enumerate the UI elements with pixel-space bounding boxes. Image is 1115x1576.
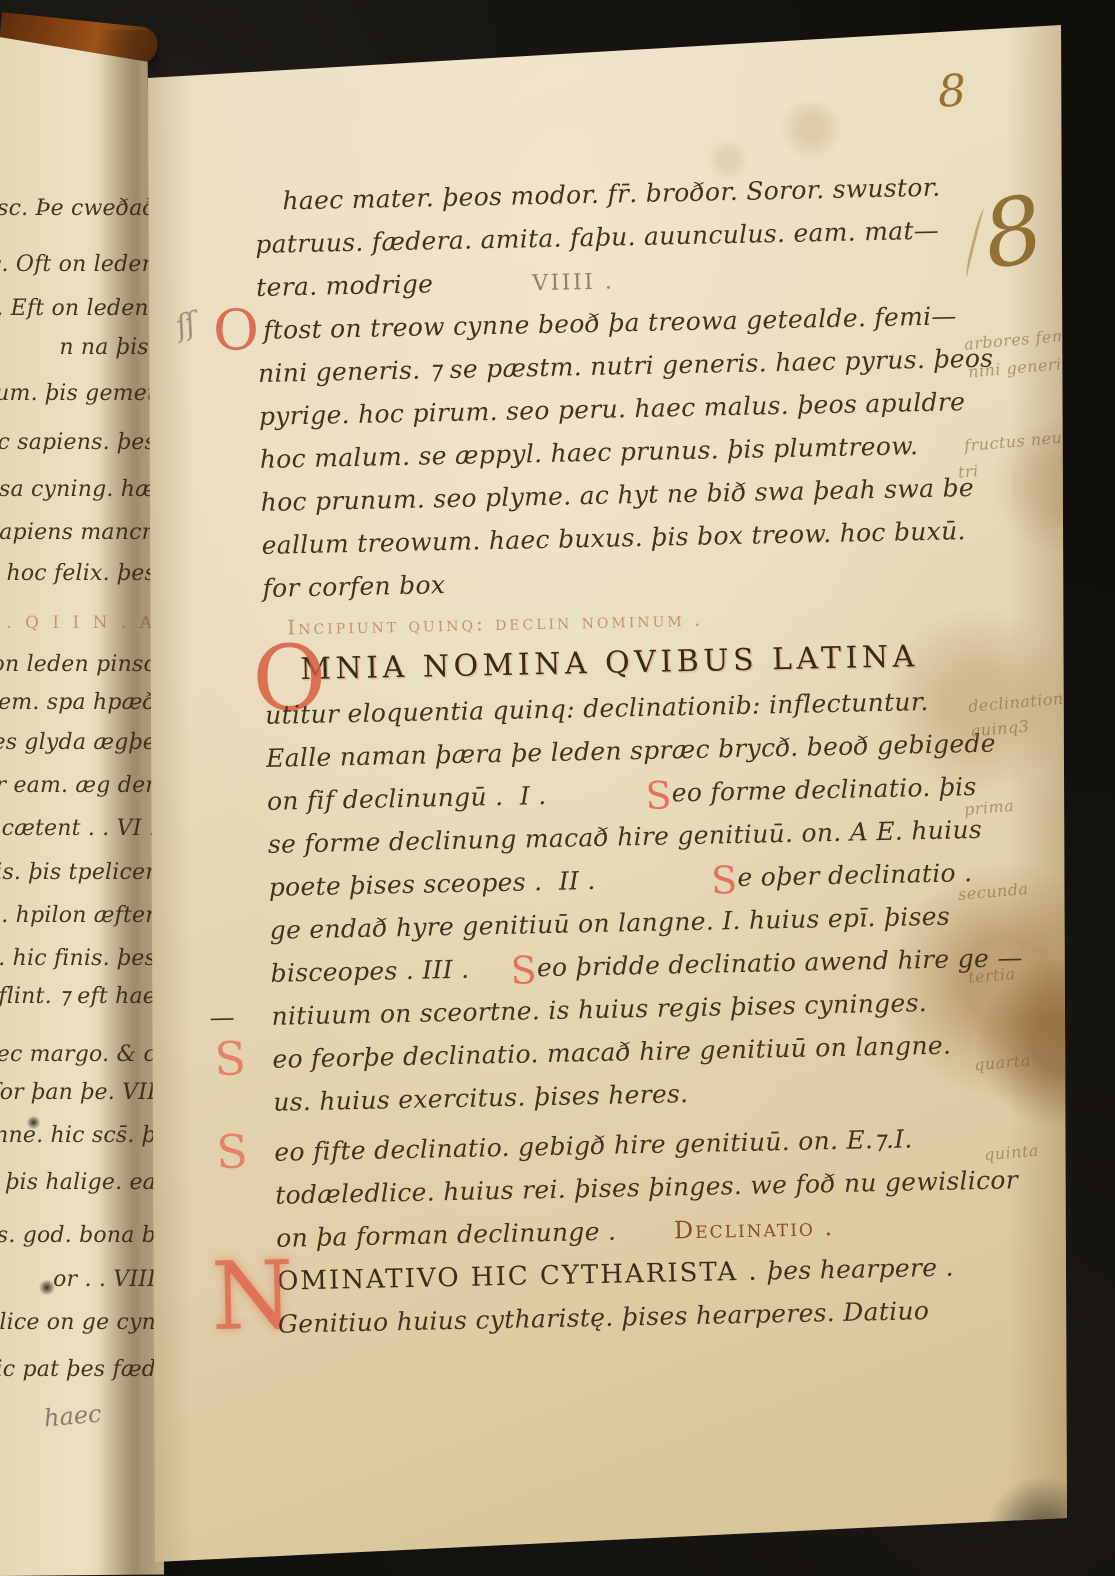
line-text: hoc malum. se æppyl. haec prunus. þis pl… [260, 431, 919, 474]
red-initial: S [645, 773, 672, 818]
ink-blot [38, 1280, 56, 1295]
ornate-numeral: 8 [977, 184, 1050, 283]
line-text: eallum treowum. haec buxus. þis box treo… [261, 516, 966, 560]
line-text: tera. modrige [256, 267, 533, 302]
margin-squiggle: ſſ [172, 306, 198, 344]
line-text: patruus. fædera. amita. faþu. auunculus.… [255, 216, 939, 259]
line-text: on þa forman declinunge . [276, 1215, 674, 1252]
ink-blot [26, 1116, 41, 1129]
margin-note: quinta [983, 1141, 1039, 1165]
line-text: eo forme declinatio. þis [671, 772, 976, 807]
line-text: eo feorþe declinatio. macað hire genitiu… [272, 1031, 951, 1074]
line-text: on fif declinungū . I . [267, 779, 646, 816]
line-text: þes hearpere . [758, 1253, 954, 1286]
margin-note: quinq3 [969, 716, 1030, 740]
rubric-text: Incipiunt quinq: declin nominum . [287, 607, 703, 640]
folio-number: 8 [937, 65, 968, 117]
red-initial: S [711, 858, 738, 903]
margin-note: fructus neu [963, 428, 1063, 456]
capitals-text: OMINATIVO HIC CYTHARISTA . [277, 1257, 759, 1297]
line-text: ge endað hyre genitiuū on langne. I. hui… [269, 902, 950, 945]
roman-numeral: VIIII . [532, 269, 615, 296]
line-text: eo fifte declinatio. gebigð hire genitiu… [274, 1124, 913, 1166]
red-initial: S [214, 1036, 247, 1081]
line-text: utitur eloquentia quinq: declinationib: … [265, 687, 929, 730]
line-text: nitiuum on sceortne. is huius regis þise… [271, 988, 927, 1031]
manuscript-page: 8 8 ſſ haec mater. þeos modor. fr̄. broð… [146, 20, 1070, 1570]
line-text: for corfen box [262, 570, 445, 603]
line-text: haec mater. þeos modor. fr̄. broðor. Sor… [282, 173, 941, 216]
margin-note: prima [963, 796, 1015, 819]
line-text: eo þridde declinatio awend hire ge — [537, 943, 1023, 982]
pencil-note: haec [43, 1400, 103, 1433]
red-initial: S [216, 1129, 249, 1174]
line-text: e oþer declinatio . [737, 858, 973, 892]
main-text-block: haec mater. þeos modor. fr̄. broðor. Sor… [254, 165, 990, 1346]
red-initial: S [510, 948, 537, 993]
margin-note: quarta [973, 1051, 1031, 1075]
line-text: Genitiuo huius cytharistę. þises hearper… [278, 1296, 930, 1339]
line-text: ftost on treow cynne beoð þa treowa gete… [263, 301, 957, 345]
line-text: us. huius exercitus. þises heres. [273, 1079, 689, 1117]
margin-note: arbores femi [963, 325, 1073, 353]
line-text: poete þises sceopes . II . [269, 864, 712, 902]
line-text: bisceopes . III . [270, 954, 511, 988]
red-initial: O [213, 305, 260, 358]
rubric-word: Declinatio . [674, 1213, 835, 1244]
margin-note: tri [957, 461, 979, 482]
heading-text: MNIA NOMINA QVIBUS LATINA [300, 639, 919, 687]
margin-note: tertia [967, 964, 1016, 987]
